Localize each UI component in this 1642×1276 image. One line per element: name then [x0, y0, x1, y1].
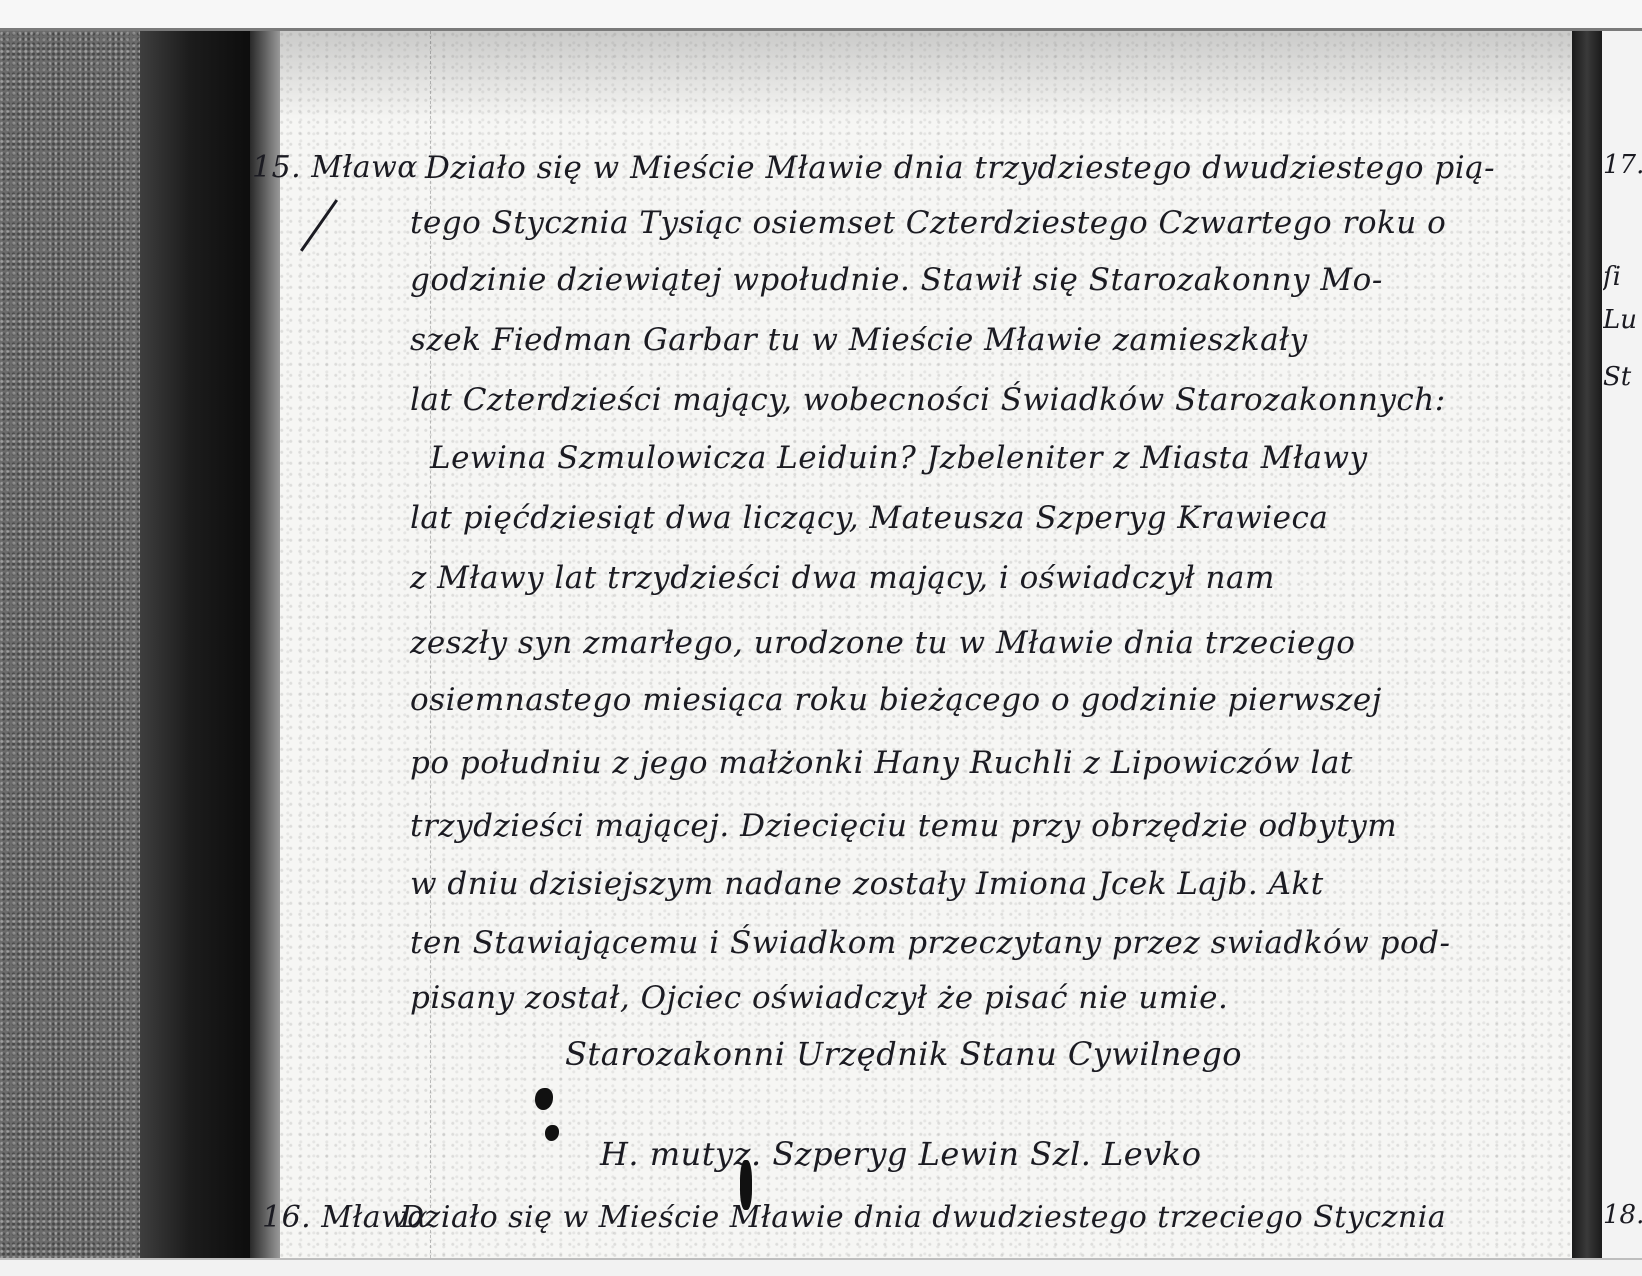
entry-line-9: zeszły syn zmarłego, urodzone tu w Mławi… [410, 625, 1355, 661]
entry-line-6: Lewina Szmulowicza Leiduin? Jzbeleniter … [430, 440, 1368, 476]
adjacent-page-note: ſi [1603, 262, 1642, 292]
adjacent-page-note: 17. [1603, 150, 1642, 180]
entry-line-10: osiemnastego miesiąca roku bieżącego o g… [410, 682, 1382, 718]
scan-top-margin [0, 0, 1642, 31]
entry-line-11: po południu z jego małżonki Hany Ruchli … [410, 745, 1353, 781]
adjacent-page-note: St [1603, 362, 1642, 392]
entry-line-14: ten Stawiającemu i Świadkom przeczytany … [410, 925, 1450, 961]
witness-signatures-line: H. mutyz. Szperyg Lewin Szl. Levko [600, 1135, 1201, 1173]
entry-line-1: Działo się w Mieście Mławie dnia trzydzi… [425, 150, 1495, 186]
entry-line-5: lat Czterdzieści mający, wobecności Świa… [410, 382, 1446, 418]
entry-line-7: lat pięćdziesiąt dwa liczący, Mateusza S… [410, 500, 1328, 536]
entry-line-8: z Mławy lat trzydzieści dwa mający, i oś… [410, 560, 1275, 596]
next-entry-line: Działo się w Mieście Mławie dnia dwudzie… [400, 1200, 1446, 1235]
entry-line-13: w dniu dzisiejszym nadane zostały Imiona… [410, 866, 1324, 902]
entry-number-margin: 15. Mławα [252, 150, 418, 185]
book-cover-texture [0, 31, 140, 1258]
scan-bottom-margin [0, 1258, 1642, 1276]
adjacent-page-note: 18. [1603, 1200, 1642, 1230]
page-shading [280, 31, 1572, 121]
entry-line-4: szek Fiedman Garbar tu w Mieście Mławie … [410, 322, 1308, 358]
page-gutter [250, 31, 280, 1258]
entry-line-15: pisany został, Ojciec oświadczył że pisa… [410, 980, 1228, 1016]
binder-bar [1572, 31, 1602, 1258]
entry-line-3: godzinie dziewiątej wpołudnie. Stawił si… [410, 262, 1383, 298]
adjacent-page-edge [1602, 31, 1642, 1258]
book-binding-shadow [140, 31, 250, 1258]
entry-line-12: trzydzieści mającej. Dziecięciu temu prz… [410, 808, 1397, 844]
registrar-signature-line: Starozakonni Urzędnik Stanu Cywilnego [565, 1035, 1242, 1073]
adjacent-page-note: Lu [1603, 305, 1642, 335]
entry-line-2: tego Stycznia Tysiąc osiemset Czterdzies… [410, 205, 1446, 241]
